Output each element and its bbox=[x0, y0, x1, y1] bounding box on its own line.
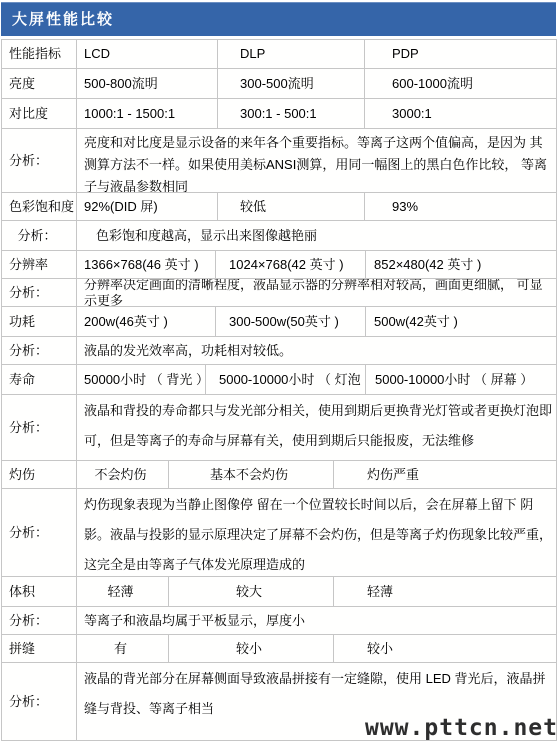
cell-dlp: 较大 bbox=[168, 577, 333, 606]
cell-lcd: 不会灼伤 bbox=[76, 461, 168, 488]
cell-lcd: 500-800流明 bbox=[76, 69, 217, 98]
table-row: 灼伤不会灼伤基本不会灼伤灼伤严重 bbox=[2, 461, 556, 489]
page-title: 大屏性能比较 bbox=[12, 11, 114, 28]
cell-dlp: 300-500流明 bbox=[217, 69, 364, 98]
analysis-row: 分析：液晶的发光效率高，功耗相对较低。 bbox=[2, 337, 556, 365]
cell-lcd: LCD bbox=[76, 40, 217, 68]
table-row: 性能指标LCDDLPPDP bbox=[2, 40, 556, 69]
row-label: 分析： bbox=[2, 221, 76, 250]
table-row: 体积轻薄较大轻薄 bbox=[2, 577, 556, 607]
table-row: 功耗200w(46英寸 )300-500w(50英寸 )500w(42英寸 ) bbox=[2, 307, 556, 337]
cell-pdp: 500w(42英寸 ) bbox=[365, 307, 556, 336]
cell-pdp: 5000-10000小时 （ 屏幕 ） bbox=[365, 365, 556, 394]
cell-pdp: PDP bbox=[364, 40, 556, 68]
table-row: 寿命50000小时 （ 背光 ）5000-10000小时 （ 灯泡 ）5000-… bbox=[2, 365, 556, 395]
analysis-row: 分析：灼伤现象表现为当静止图像停 留在一个位置较长时间以后，会在屏幕上留下 阴影… bbox=[2, 489, 556, 577]
row-label: 性能指标 bbox=[2, 40, 76, 68]
cell-pdp: 较小 bbox=[333, 635, 556, 662]
cell-dlp: DLP bbox=[217, 40, 364, 68]
cell-pdp: 852×480(42 英寸 ) bbox=[365, 251, 556, 278]
row-label: 寿命 bbox=[2, 365, 76, 394]
cell-lcd: 200w(46英寸 ) bbox=[76, 307, 215, 336]
table-row: 拼缝有较小较小 bbox=[2, 635, 556, 663]
analysis-text: 液晶和背投的寿命都只与发光部分相关，使用到期后更换背光灯管或者更换灯泡即可，但是… bbox=[76, 395, 556, 460]
cell-dlp: 较小 bbox=[168, 635, 333, 662]
cell-dlp: 5000-10000小时 （ 灯泡 ） bbox=[205, 365, 365, 394]
analysis-text: 分辨率决定画面的清晰程度，液晶显示器的分辨率相对较高，画面更细腻， 可显示更多 bbox=[76, 279, 556, 306]
row-label: 分析： bbox=[2, 663, 76, 740]
analysis-row: 分析：亮度和对比度是显示设备的来年各个重要指标。等离子这两个值偏高，是因为 其测… bbox=[2, 129, 556, 193]
row-label: 分析： bbox=[2, 279, 76, 306]
cell-lcd: 50000小时 （ 背光 ） bbox=[76, 365, 205, 394]
row-label: 分辨率 bbox=[2, 251, 76, 278]
analysis-text: 色彩饱和度越高，显示出来图像越艳丽 bbox=[76, 221, 556, 250]
watermark: www.pttcn.net bbox=[365, 715, 558, 741]
cell-dlp: 较低 bbox=[217, 193, 364, 220]
cell-pdp: 600-1000流明 bbox=[364, 69, 556, 98]
analysis-row: 分析：液晶和背投的寿命都只与发光部分相关，使用到期后更换背光灯管或者更换灯泡即可… bbox=[2, 395, 556, 461]
analysis-row: 分析：等离子和液晶均属于平板显示，厚度小 bbox=[2, 607, 556, 635]
analysis-text: 亮度和对比度是显示设备的来年各个重要指标。等离子这两个值偏高，是因为 其测算方法… bbox=[76, 129, 556, 192]
cell-lcd: 92%(DID 屏) bbox=[76, 193, 217, 220]
cell-dlp: 1024×768(42 英寸 ) bbox=[215, 251, 365, 278]
table-row: 分辨率1366×768(46 英寸 )1024×768(42 英寸 )852×4… bbox=[2, 251, 556, 279]
cell-lcd: 1366×768(46 英寸 ) bbox=[76, 251, 215, 278]
row-label: 分析： bbox=[2, 607, 76, 634]
page: 大屏性能比较 性能指标LCDDLPPDP亮度500-800流明300-500流明… bbox=[0, 0, 558, 743]
cell-lcd: 有 bbox=[76, 635, 168, 662]
cell-dlp: 300:1 - 500:1 bbox=[217, 99, 364, 128]
row-label: 拼缝 bbox=[2, 635, 76, 662]
row-label: 灼伤 bbox=[2, 461, 76, 488]
row-label: 分析： bbox=[2, 337, 76, 364]
row-label: 功耗 bbox=[2, 307, 76, 336]
comparison-table: 性能指标LCDDLPPDP亮度500-800流明300-500流明600-100… bbox=[1, 39, 557, 741]
row-label: 分析： bbox=[2, 489, 76, 576]
cell-dlp: 300-500w(50英寸 ) bbox=[215, 307, 365, 336]
cell-pdp: 灼伤严重 bbox=[333, 461, 556, 488]
cell-pdp: 3000:1 bbox=[364, 99, 556, 128]
table-row: 色彩饱和度92%(DID 屏)较低93% bbox=[2, 193, 556, 221]
row-label: 色彩饱和度 bbox=[2, 193, 76, 220]
row-label: 分析： bbox=[2, 129, 76, 192]
row-label: 体积 bbox=[2, 577, 76, 606]
table-row: 亮度500-800流明300-500流明600-1000流明 bbox=[2, 69, 556, 99]
cell-pdp: 93% bbox=[364, 193, 556, 220]
analysis-row: 分析：色彩饱和度越高，显示出来图像越艳丽 bbox=[2, 221, 556, 251]
cell-dlp: 基本不会灼伤 bbox=[168, 461, 333, 488]
table-row: 对比度1000:1 - 1500:1300:1 - 500:13000:1 bbox=[2, 99, 556, 129]
cell-pdp: 轻薄 bbox=[333, 577, 556, 606]
row-label: 分析： bbox=[2, 395, 76, 460]
cell-lcd: 轻薄 bbox=[76, 577, 168, 606]
analysis-text: 液晶的发光效率高，功耗相对较低。 bbox=[76, 337, 556, 364]
analysis-text: 灼伤现象表现为当静止图像停 留在一个位置较长时间以后，会在屏幕上留下 阴影。液晶… bbox=[76, 489, 556, 576]
cell-lcd: 1000:1 - 1500:1 bbox=[76, 99, 217, 128]
row-label: 亮度 bbox=[2, 69, 76, 98]
analysis-row: 分析：分辨率决定画面的清晰程度，液晶显示器的分辨率相对较高，画面更细腻， 可显示… bbox=[2, 279, 556, 307]
row-label: 对比度 bbox=[2, 99, 76, 128]
table-title-bar: 大屏性能比较 bbox=[1, 2, 556, 36]
analysis-text: 等离子和液晶均属于平板显示，厚度小 bbox=[76, 607, 556, 634]
